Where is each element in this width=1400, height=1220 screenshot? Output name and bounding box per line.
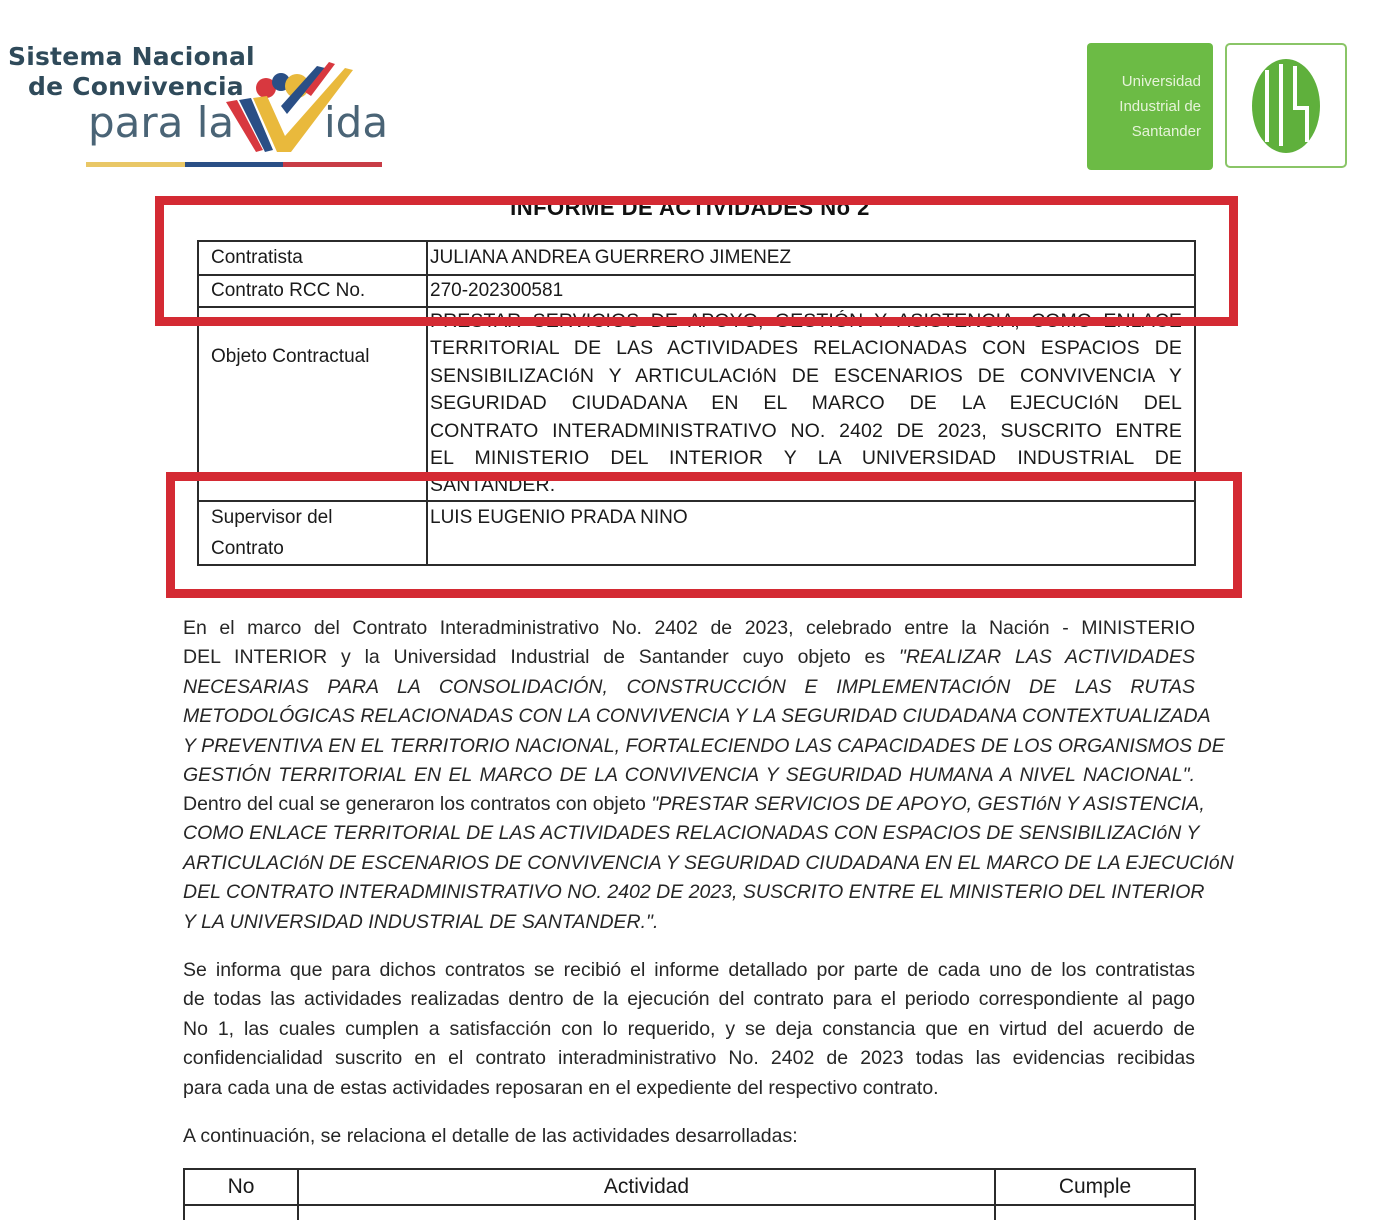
contrato-value: 270-202300581 (427, 275, 1195, 307)
logo-line-4: ida (324, 98, 388, 147)
column-header-no: No (184, 1169, 298, 1205)
logo-line-1: Sistema Nacional (8, 42, 255, 71)
table-cell (298, 1205, 995, 1220)
document-title: INFORME DE ACTIVIDADES No 2 (0, 190, 1400, 218)
table-row-contrato: Contrato RCC No. 270-202300581 (198, 275, 1195, 307)
column-header-cumple: Cumple (995, 1169, 1195, 1205)
uis-logo-line: Santander (1087, 119, 1201, 144)
logo-line-3: para la (88, 98, 234, 147)
objeto-line: SEGURIDAD CIUDADANA EN EL MARCO DE LA EJ… (430, 390, 1182, 417)
activities-table: No Actividad Cumple (183, 1168, 1196, 1220)
paragraph-line: Y LA UNIVERSIDAD INDUSTRIAL DE SANTANDER… (183, 908, 1195, 937)
logo-tricolor-underline (86, 162, 382, 167)
contract-info-table: Contratista JULIANA ANDREA GUERRERO JIME… (197, 240, 1196, 566)
table-row-contratista: Contratista JULIANA ANDREA GUERRERO JIME… (198, 241, 1195, 275)
objeto-line: EL MINISTERIO DEL INTERIOR Y LA UNIVERSI… (430, 445, 1182, 472)
paragraph-line: En el marco del Contrato Interadministra… (183, 614, 1195, 643)
table-row-objeto: Objeto Contractual PRESTAR SERVICIOS DE … (198, 307, 1195, 501)
table-cell (995, 1205, 1195, 1220)
paragraph-line: No 1, las cuales cumplen a satisfacción … (183, 1015, 1195, 1044)
column-header-actividad: Actividad (298, 1169, 995, 1205)
uis-text-logo: Universidad Industrial de Santander (1087, 43, 1213, 170)
objeto-line: CONTRATO INTERADMINISTRATIVO NO. 2402 DE… (430, 418, 1182, 445)
paragraph-line: de todas las actividades realizadas dent… (183, 985, 1195, 1014)
supervisor-value: LUIS EUGENIO PRADA NINO (427, 501, 1195, 565)
uis-logo-line: Industrial de (1087, 94, 1201, 119)
contrato-label: Contrato RCC No. (198, 275, 427, 307)
paragraph-line: GESTIÓN TERRITORIAL EN EL MARCO DE LA CO… (183, 761, 1195, 790)
paragraph-line: Se informa que para dichos contratos se … (183, 956, 1195, 985)
objeto-line: SENSIBILIZACIóN Y ARTICULACIóN DE ESCENA… (430, 363, 1182, 390)
paragraph-line: DEL INTERIOR y la Universidad Industrial… (183, 643, 1195, 672)
contratista-value: JULIANA ANDREA GUERRERO JIMENEZ (427, 241, 1195, 275)
activities-table-header: No Actividad Cumple (184, 1169, 1195, 1205)
logo-line-2: de Convivencia (28, 72, 244, 101)
supervisor-label-line: Contrato (211, 533, 426, 564)
objeto-value: PRESTAR SERVICIOS DE APOYO, GESTIÓN Y AS… (427, 307, 1195, 501)
supervisor-label: Supervisor del Contrato (198, 501, 427, 565)
table-row (184, 1205, 1195, 1220)
objeto-label: Objeto Contractual (198, 307, 427, 501)
paragraph-line: COMO ENLACE TERRITORIAL DE LAS ACTIVIDAD… (183, 819, 1195, 848)
supervisor-label-line: Supervisor del (211, 502, 426, 533)
uis-emblem-logo (1225, 43, 1347, 168)
paragraph-line: Y PREVENTIVA EN EL TERRITORIO NACIONAL, … (183, 732, 1195, 761)
table-cell (184, 1205, 298, 1220)
paragraph-line: NECESARIAS PARA LA CONSOLIDACIÓN, CONSTR… (183, 673, 1195, 702)
objeto-line: TERRITORIAL DE LAS ACTIVIDADES RELACIONA… (430, 335, 1182, 362)
paragraph-contract-objects: Dentro del cual se generaron los contrat… (183, 790, 1195, 937)
uis-emblem-icon (1251, 58, 1321, 154)
contratista-label: Contratista (198, 241, 427, 275)
paragraph-line: para cada una de estas actividades repos… (183, 1074, 1195, 1103)
paragraph-line: METODOLÓGICAS RELACIONADAS CON LA CONVIV… (183, 702, 1195, 731)
objeto-line: SANTANDER. (430, 472, 1182, 499)
sistema-nacional-convivencia-logo: Sistema Nacional de Convivencia para la … (6, 40, 396, 175)
uis-logo-line: Universidad (1087, 69, 1201, 94)
table-row-supervisor: Supervisor del Contrato LUIS EUGENIO PRA… (198, 501, 1195, 565)
objeto-line: PRESTAR SERVICIOS DE APOYO, GESTIÓN Y AS… (430, 308, 1182, 335)
paragraph-line: ARTICULACIóN DE ESCENARIOS DE CONVIVENCI… (183, 849, 1195, 878)
paragraph-report-statement: Se informa que para dichos contratos se … (183, 956, 1195, 1103)
paragraph-line: confidencialidad suscrito en el contrato… (183, 1044, 1195, 1073)
paragraph-line: Dentro del cual se generaron los contrat… (183, 790, 1195, 819)
paragraph-line: DEL CONTRATO INTERADMINISTRATIVO NO. 240… (183, 878, 1195, 907)
paragraph-activities-intro: A continuación, se relaciona el detalle … (183, 1122, 1195, 1151)
paragraph-contract-context: En el marco del Contrato Interadministra… (183, 614, 1195, 790)
